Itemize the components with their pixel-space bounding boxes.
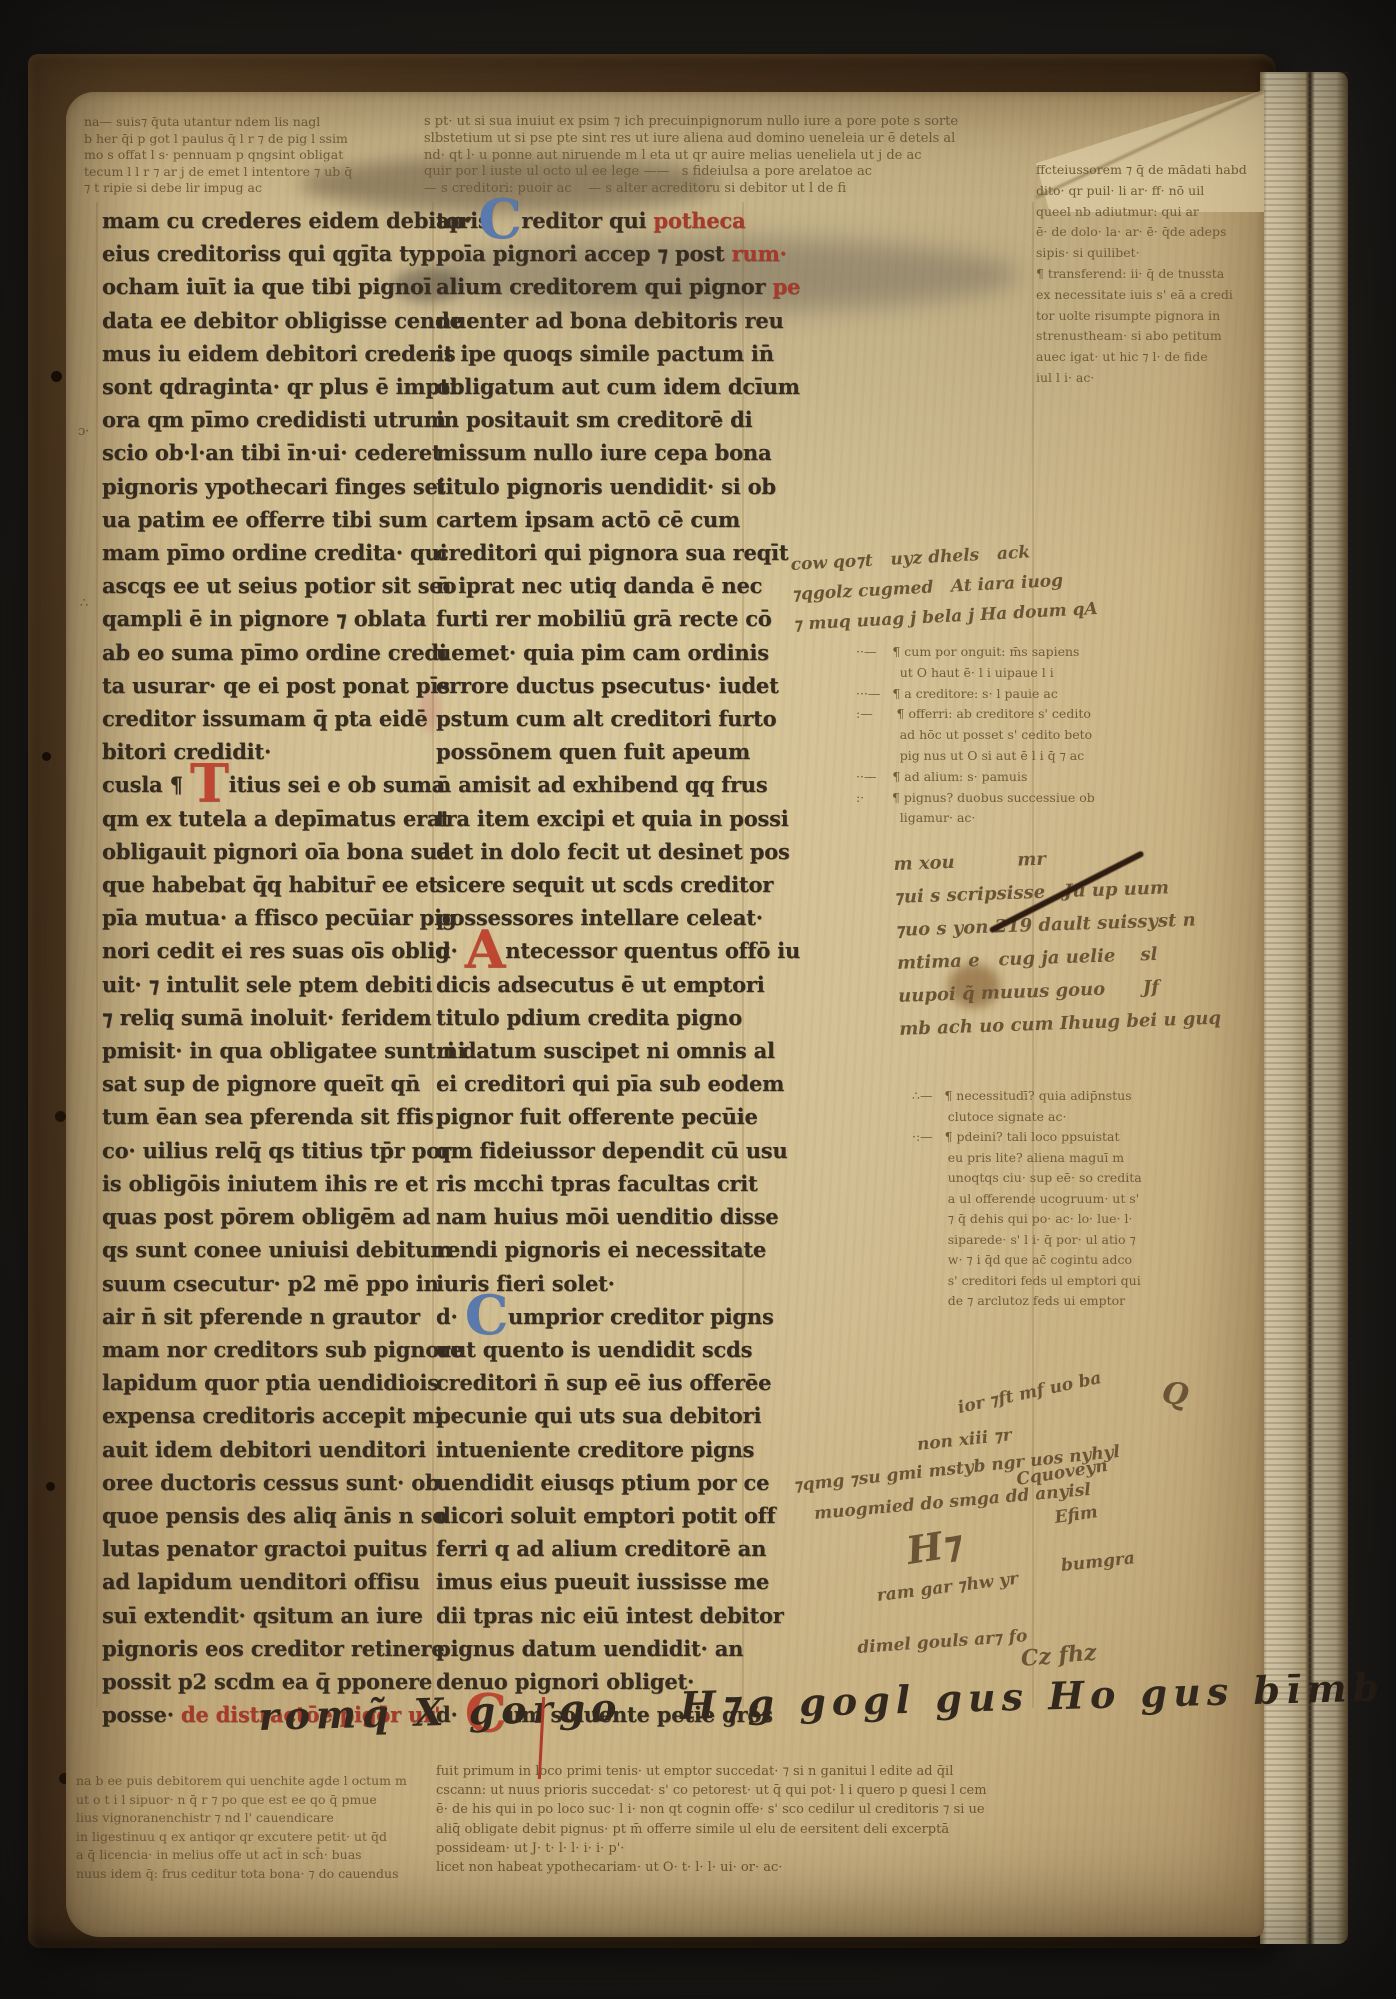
text-line: ua patim ee offerre tibi sum [102,503,432,536]
text-line: is obligōis iniutem ihis re et [102,1167,432,1200]
text-line: ascqs ee ut seius potior sit seo [102,569,432,602]
text-line: pmisit· in qua obligatee sunt ni [102,1034,432,1067]
text-line: a ul offerende ucogruum· ut s' [912,1189,1142,1210]
text-line: ex necessitate iuis s' eā a credi [1036,285,1247,306]
text-line: uit· ⁊ intulit sele ptem debiti [102,968,432,1001]
pen-flourish: H⁊ [904,1524,965,1570]
text-line: co· uilius relq̄ qs titius tp̄r por [102,1134,432,1167]
text-line: pignoris ypothecari finges sei [102,470,432,503]
text-line: quoe pensis des aliq ānis n so [102,1499,432,1532]
manuscript-photo: na— suis⁊ q̄uta utantur ndem lis naglb h… [0,0,1396,1999]
margin-annotation: Cz fhz [1020,1641,1097,1670]
text-line: a q̄ licencia· in melius offe ut act̄ in… [76,1846,407,1865]
text-line: na— suis⁊ q̄uta utantur ndem lis nagl [84,114,352,131]
text-line: slbstetium ut si pse pte sint res ut iur… [424,131,958,148]
text-line: tum ēan sea pferenda sit ffis [102,1100,432,1133]
text-line: obligatum aut cum idem dcīum [436,370,736,403]
text-line: mus iu eidem debitori credens [102,337,432,370]
right-margin-gloss-top: ffcteiussorem ⁊ q̄ de mādati habddito· q… [1036,160,1247,389]
text-line: aliq̄ obligate debit pignus· pt m̄ offer… [436,1820,987,1839]
text-line: poīa pignori accep ⁊ post rum· [436,237,736,270]
text-line: rendi pignoris ei necessitate [436,1233,736,1266]
text-line: licet non habeat ypothecariam· ut O· t· … [436,1858,987,1877]
text-line: titulo pignoris uendidit· si ob [436,470,736,503]
text-line: de ⁊ arclutoz feds ui emptor [912,1291,1142,1312]
binding-wormholes [28,54,33,59]
text-line: tecum l l r ⁊ ar j de emet l intentore ⁊… [84,164,352,181]
text-line: nori cedit ei res suas oīs oblig [102,934,432,967]
text-line: scio ob·l·an tibi īn·ui· cederet [102,436,432,469]
text-line: titulo pdium credita pigno [436,1001,736,1034]
text-line: nd· qt l· u ponne aut niruende m l eta u… [424,148,958,165]
bottom-margin-gloss-left: na b ee puis debitorem qui uenchite agde… [76,1772,407,1883]
text-line: ei creditori qui pīa sub eodem [436,1067,736,1100]
text-line: pignoris eos creditor retinere [102,1632,432,1665]
left-margin-mark: ∴ [80,596,88,611]
text-line: ··— ¶ cum por onguit: m̄s sapiens [856,642,1095,663]
text-line: ad lapidum uenditori offisu [102,1565,432,1598]
text-line: n̄ amisit ad exhibend qq frus [436,768,736,801]
text-line: eius creditoriss qui qgīta typ [102,237,432,270]
text-line: data ee debitor obligisse cende [102,304,432,337]
text-line: ¶ transferend: ii· q̄ de tnussta [1036,264,1247,285]
text-line: ut O haut ē· l i uipaue l i [856,663,1095,684]
main-text-column-right: ap· Creditor qui pothecapoīa pignori acc… [436,204,736,1731]
text-line: pignus datum uendidit· an [436,1632,736,1665]
text-line: imus eius pueuit iussisse me [436,1565,736,1598]
text-line: b her q̄i p got l paulus q̄ l r ⁊ de pig… [84,131,352,148]
text-line: air n̄ sit pferende n grautor [102,1300,432,1333]
text-line: ri datum suscipet ni omnis al [436,1034,736,1067]
text-line: mam pīmo ordine credita· qui [102,536,432,569]
text-line: uut quento is uendidit scds [436,1333,736,1366]
text-line: :· ¶ pignus? duobus successiue ob [856,788,1095,809]
top-margin-gloss-left: na— suis⁊ q̄uta utantur ndem lis naglb h… [84,114,352,197]
text-line: creditori n̄ sup eē ius offerēe [436,1366,736,1399]
text-line: possōnem quen fuit apeum [436,735,736,768]
text-line: tor uolte risumpte pignora in [1036,306,1247,327]
text-line: queel nb adiutmur: qui ar [1036,202,1247,223]
text-line: suī extendit· qsitum an iure [102,1599,432,1632]
text-line: unoqtqs ciu· sup eē· so credita [912,1168,1142,1189]
text-line: sont qdraginta· qr plus ē impti [102,370,432,403]
top-margin-gloss-center: s pt· ut si sua inuiut ex psim ⁊ ich pre… [424,114,958,198]
text-line: d· Antecessor quentus offō iu [436,934,736,967]
text-line: nam huius mōi uenditio disse [436,1200,736,1233]
text-line: iul l i· ac· [1036,368,1247,389]
text-line: ferri q ad alium creditorē an [436,1532,736,1565]
text-line: fuit primum in loco primi tenis· ut empt… [436,1762,987,1781]
text-line: obligauit pignori oīa bona sua [102,835,432,868]
text-line: quas post pōrem obligēm ad [102,1200,432,1233]
text-line: errore ductus psecutus· iudet [436,669,736,702]
text-line: pignor fuit offerente pecūie [436,1100,736,1133]
text-line: ⁊ q̄ dehis qui po· ac· lo· lue· l· [912,1209,1142,1230]
text-line: na b ee puis debitorem qui uenchite agde… [76,1772,407,1791]
text-line: n̄ iprat nec utiq danda ē nec [436,569,736,602]
text-line: mo s offat l s· pennuam p qngsint obliga… [84,147,352,164]
text-line: clutoce signate ac· [912,1107,1142,1128]
text-line: ···— ¶ a creditore: s· l pauie ac [856,684,1095,705]
page-fore-edges [1260,72,1348,1944]
text-line: s' creditori feds ul emptori qui [912,1271,1142,1292]
text-line: intueniente creditore pigns [436,1433,736,1466]
right-margin-cursive-note-upper: cow qo⁊t uyz dhels ack⁊qgolz cugmed At i… [790,534,1098,640]
text-line: pīa mutua· a ffisco pecūiar pig [102,901,432,934]
text-line: strenustheam· si abo petitum [1036,326,1247,347]
text-line: ⁊ t ripie si debe lir impug ac [84,180,352,197]
text-line: uendidit eiusqs ptium por ce [436,1466,736,1499]
text-line: in ligestinuu q ex antiqor qr excutere p… [76,1828,407,1847]
text-line: ad hōc ut posset s' cedito beto [856,725,1095,746]
text-line: furti rer mobiliū grā recte cō [436,602,736,635]
text-line: qampli ē in pignore ⁊ oblata [102,602,432,635]
text-line: pig nus ut O si aut ē l i q̄ ⁊ ac [856,746,1095,767]
text-line: ·:— ¶ pdeini? tali loco ppsuistat [912,1127,1142,1148]
text-line: eu pris lite? aliena maguī m [912,1148,1142,1169]
text-line: d· Cumprior creditor pigns [436,1300,736,1333]
ruling-line [96,202,98,1708]
text-line: mam nor creditors sub pignore [102,1333,432,1366]
text-line: cartem ipsam actō cē cum [436,503,736,536]
text-line: alium creditorem qui pignor pe [436,270,736,303]
text-line: ⁊ reliq sumā inoluit· feridem [102,1001,432,1034]
text-line: creditor issumam q̄ pta eidē [102,702,432,735]
text-line: w· ⁊ i q̄d que ac̄ cogintu adco [912,1250,1142,1271]
right-margin-gloss-list-1: ··— ¶ cum por onguit: m̄s sapiens ut O h… [856,642,1095,829]
text-line: ut o t i l sipuor· n q̄ r ⁊ po que est e… [76,1791,407,1810]
text-line: it ipe quoqs simile pactum in̄ [436,337,736,370]
text-line: uemet· quia pim cam ordinis [436,636,736,669]
text-line: ē· de his qui in po loco suc· l i· non q… [436,1800,987,1819]
text-line: mam cu crederes eidem debitoris [102,204,432,237]
text-line: suum csecutur· p2 mē ppo in [102,1267,432,1300]
right-margin-gloss-list-2: ∴— ¶ necessitudī? quia adip̄nstus clutoc… [912,1086,1142,1312]
text-line: ris mcchi tpras facultas crit [436,1167,736,1200]
text-line: nuus idem q̄: frus ceditur tota bona· ⁊ … [76,1865,407,1884]
text-line: lutas penator gractoi puitus [102,1532,432,1565]
text-line: siparede· s' l i· q̄ por· ul atio ⁊ [912,1230,1142,1251]
text-line: dicis adsecutus ē ut emptori [436,968,736,1001]
text-line: ab eo suma pīmo ordine credi [102,636,432,669]
bottom-margin-gloss-center: fuit primum in loco primi tenis· ut empt… [436,1762,987,1877]
text-line: s pt· ut si sua inuiut ex psim ⁊ ich pre… [424,114,958,131]
text-line: in positauit sm creditorē di [436,403,736,436]
text-line: ap· Creditor qui potheca [436,204,736,237]
text-line: missum nullo iure cepa bona [436,436,736,469]
text-line: ta usurar· qe ei post ponat pīs [102,669,432,702]
text-line: auit idem debitori uenditori [102,1433,432,1466]
left-margin-mark: ɔ· [78,424,89,439]
text-line: pecunie qui uts sua debitori [436,1399,736,1432]
text-line: auec igat· ut hic ⁊ l· de fide [1036,347,1247,368]
text-line: :— ¶ offerri: ab creditore s' cedito [856,704,1095,725]
text-line: cusla ¶ Titius sei e ob suma [102,768,432,801]
text-line: lapidum quor ptia uendidiois [102,1366,432,1399]
text-line: sat sup de pignore queīt qn̄ [102,1067,432,1100]
text-line: ocham iuīt ia que tibi pignoī [102,270,432,303]
text-line: nuenter ad bona debitoris reu [436,304,736,337]
text-line: lius vignoranenchistr ⁊ nd l' cauendicar… [76,1809,407,1828]
text-line: ∴— ¶ necessitudī? quia adip̄nstus [912,1086,1142,1107]
text-line: sicere sequit ut scds creditor [436,868,736,901]
text-line: qs sunt conee uniuisi debitum [102,1233,432,1266]
text-line: cscann: ut nuus prioris succedat· s' co … [436,1781,987,1800]
text-line: quir por l iuste ul octo ul ee lege —— s… [424,164,958,181]
text-line: dii tpras nic eiū intest debitor [436,1599,736,1632]
text-line: sipis· si quilibet· [1036,243,1247,264]
text-line: oree ductoris cessus sunt· ob [102,1466,432,1499]
main-text-column-left: mam cu crederes eidem debitoriseius cred… [102,204,432,1731]
text-line: tra item excipi et quia in possi [436,802,736,835]
text-line: pstum cum alt creditori furto [436,702,736,735]
text-line: ligamur· ac· [856,808,1095,829]
text-line: possideam· ut J· t· l· l· i· i· p'· [436,1839,987,1858]
pen-flourish: Q [1160,1378,1190,1411]
text-line: det in dolo fecit ut desinet pos [436,835,736,868]
text-line: ē· de dolo· la· ar· ē· q̄de adeps [1036,222,1247,243]
text-line: dicori soluit emptori potit off [436,1499,736,1532]
text-line: que habebat q̄q habitur̄ ee et [102,868,432,901]
right-margin-cursive-note-mid: m xou mr⁊ui s scripsisse Ju up uum⁊uo s … [893,837,1222,1046]
text-line: qm ex tutela a depīmatus erat [102,802,432,835]
text-line: expensa creditoris accepit mi [102,1399,432,1432]
text-line: ora qm pīmo credidisti utrum [102,403,432,436]
text-line: ffcteiussorem ⁊ q̄ de mādati habd [1036,160,1247,181]
text-line: ··— ¶ ad alium: s· pamuis [856,767,1095,788]
text-line: creditori qui pignora sua reqīt [436,536,736,569]
text-line: bitori credidit· [102,735,432,768]
text-line: dito· qr puil· li ar· ff· nō uil [1036,181,1247,202]
text-line: qm fideiussor dependit cū usu [436,1134,736,1167]
